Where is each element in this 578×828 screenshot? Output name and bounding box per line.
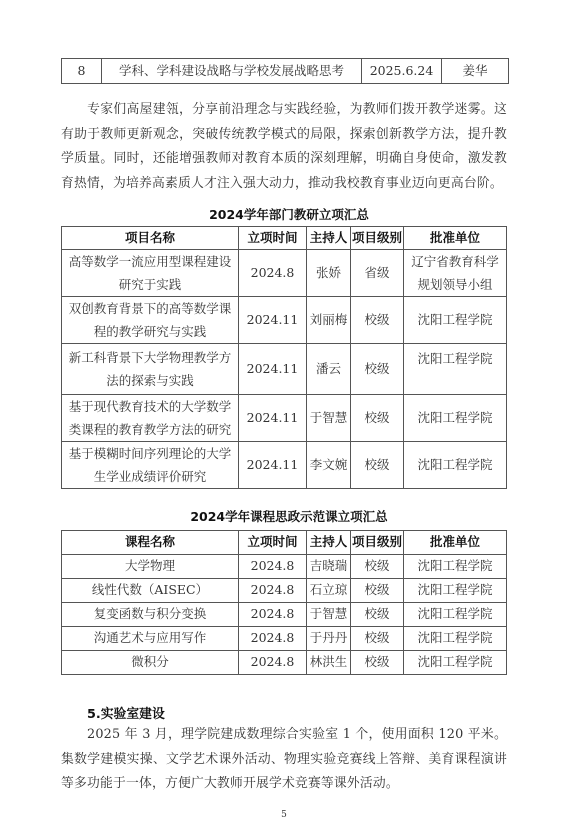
- project-host: 潘云: [307, 344, 351, 395]
- project-unit: 辽宁省教育科学规划领导小组: [404, 250, 507, 297]
- table-header-row: 项目名称 立项时间 主持人 项目级别 批准单位: [62, 227, 507, 250]
- project-unit: 沈阳工程学院: [404, 344, 507, 395]
- project-level: 校级: [351, 395, 404, 442]
- course-unit: 沈阳工程学院: [404, 555, 507, 579]
- project-level: 省级: [351, 250, 404, 297]
- course-name: 复变函数与积分变换: [62, 603, 239, 627]
- project-name: 基于模糊时间序列理论的大学生学业成绩评价研究: [62, 442, 239, 489]
- page-number: 5: [0, 810, 568, 820]
- table-row: 基于模糊时间序列理论的大学生学业成绩评价研究 2024.11 李文婉 校级 沈阳…: [62, 442, 507, 489]
- table1-caption: 2024学年部门教研立项汇总: [0, 205, 578, 223]
- project-name: 基于现代教育技术的大学数学类课程的教育教学方法的研究: [62, 395, 239, 442]
- header-unit: 批准单位: [404, 531, 507, 555]
- course-name: 沟通艺术与应用写作: [62, 627, 239, 651]
- ideological-courses-table: 课程名称 立项时间 主持人 项目级别 批准单位 大学物理 2024.8 吉晓瑞 …: [61, 530, 507, 675]
- course-date: 2024.8: [239, 627, 307, 651]
- project-date: 2024.11: [239, 395, 307, 442]
- course-name: 微积分: [62, 651, 239, 675]
- table-row: 复变函数与积分变换 2024.8 于智慧 校级 沈阳工程学院: [62, 603, 507, 627]
- table-row: 沟通艺术与应用写作 2024.8 于丹丹 校级 沈阳工程学院: [62, 627, 507, 651]
- project-host: 于智慧: [307, 395, 351, 442]
- project-date: 2024.11: [239, 442, 307, 489]
- section-heading: 5.实验室建设: [87, 703, 165, 722]
- header-date: 立项时间: [239, 227, 307, 250]
- table-row: 线性代数（AISEC） 2024.8 石立琼 校级 沈阳工程学院: [62, 579, 507, 603]
- project-date: 2024.8: [239, 250, 307, 297]
- course-name: 线性代数（AISEC）: [62, 579, 239, 603]
- project-unit: 沈阳工程学院: [404, 297, 507, 344]
- course-level: 校级: [351, 603, 404, 627]
- header-course-name: 课程名称: [62, 531, 239, 555]
- course-level: 校级: [351, 627, 404, 651]
- project-level: 校级: [351, 344, 404, 395]
- header-host: 主持人: [307, 531, 351, 555]
- course-unit: 沈阳工程学院: [404, 603, 507, 627]
- project-unit: 沈阳工程学院: [404, 442, 507, 489]
- course-level: 校级: [351, 651, 404, 675]
- table-row: 新工科背景下大学物理教学方法的探索与实践 2024.11 潘云 校级 沈阳工程学…: [62, 344, 507, 395]
- row-index: 8: [62, 59, 102, 84]
- course-date: 2024.8: [239, 555, 307, 579]
- table2-caption: 2024学年课程思政示范课立项汇总: [0, 507, 578, 525]
- course-unit: 沈阳工程学院: [404, 627, 507, 651]
- lecture-title: 学科、学科建设战略与学校发展战略思考: [102, 59, 362, 84]
- header-date: 立项时间: [239, 531, 307, 555]
- project-name: 高等数学一流应用型课程建设研究于实践: [62, 250, 239, 297]
- research-projects-table: 项目名称 立项时间 主持人 项目级别 批准单位 高等数学一流应用型课程建设研究于…: [61, 226, 507, 489]
- lecture-date: 2025.6.24: [362, 59, 442, 84]
- lecture-table: 8 学科、学科建设战略与学校发展战略思考 2025.6.24 姜华: [61, 58, 509, 84]
- table-row: 高等数学一流应用型课程建设研究于实践 2024.8 张娇 省级 辽宁省教育科学规…: [62, 250, 507, 297]
- table-row: 双创教育背景下的高等数学课程的教学研究与实践 2024.11 刘丽梅 校级 沈阳…: [62, 297, 507, 344]
- project-level: 校级: [351, 442, 404, 489]
- header-level: 项目级别: [351, 531, 404, 555]
- project-host: 刘丽梅: [307, 297, 351, 344]
- lecture-speaker: 姜华: [442, 59, 509, 84]
- course-date: 2024.8: [239, 603, 307, 627]
- project-date: 2024.11: [239, 297, 307, 344]
- header-host: 主持人: [307, 227, 351, 250]
- course-name: 大学物理: [62, 555, 239, 579]
- course-date: 2024.8: [239, 579, 307, 603]
- section5-paragraph: 2025 年 3 月，理学院建成数理综合实验室 1 个，使用面积 120 平米。…: [61, 723, 507, 797]
- intro-paragraph-text: 专家们高屋建瓴，分享前沿理念与实践经验，为教师们拨开教学迷雾。这有助于教师更新观…: [61, 102, 507, 191]
- course-level: 校级: [351, 579, 404, 603]
- course-unit: 沈阳工程学院: [404, 651, 507, 675]
- intro-paragraph: 专家们高屋建瓴，分享前沿理念与实践经验，为教师们拨开教学迷雾。这有助于教师更新观…: [61, 98, 507, 196]
- course-host: 吉晓瑞: [307, 555, 351, 579]
- project-host: 李文婉: [307, 442, 351, 489]
- course-host: 石立琼: [307, 579, 351, 603]
- header-project-name: 项目名称: [62, 227, 239, 250]
- table-header-row: 课程名称 立项时间 主持人 项目级别 批准单位: [62, 531, 507, 555]
- section5-paragraph-text: 2025 年 3 月，理学院建成数理综合实验室 1 个，使用面积 120 平米。…: [61, 727, 507, 791]
- course-host: 于丹丹: [307, 627, 351, 651]
- table-row: 微积分 2024.8 林洪生 校级 沈阳工程学院: [62, 651, 507, 675]
- header-level: 项目级别: [351, 227, 404, 250]
- project-name: 双创教育背景下的高等数学课程的教学研究与实践: [62, 297, 239, 344]
- course-level: 校级: [351, 555, 404, 579]
- project-level: 校级: [351, 297, 404, 344]
- course-unit: 沈阳工程学院: [404, 579, 507, 603]
- header-unit: 批准单位: [404, 227, 507, 250]
- project-host: 张娇: [307, 250, 351, 297]
- table-row: 8 学科、学科建设战略与学校发展战略思考 2025.6.24 姜华: [62, 59, 509, 84]
- course-date: 2024.8: [239, 651, 307, 675]
- project-unit: 沈阳工程学院: [404, 395, 507, 442]
- project-date: 2024.11: [239, 344, 307, 395]
- table-row: 大学物理 2024.8 吉晓瑞 校级 沈阳工程学院: [62, 555, 507, 579]
- course-host: 于智慧: [307, 603, 351, 627]
- course-host: 林洪生: [307, 651, 351, 675]
- project-name: 新工科背景下大学物理教学方法的探索与实践: [62, 344, 239, 395]
- table-row: 基于现代教育技术的大学数学类课程的教育教学方法的研究 2024.11 于智慧 校…: [62, 395, 507, 442]
